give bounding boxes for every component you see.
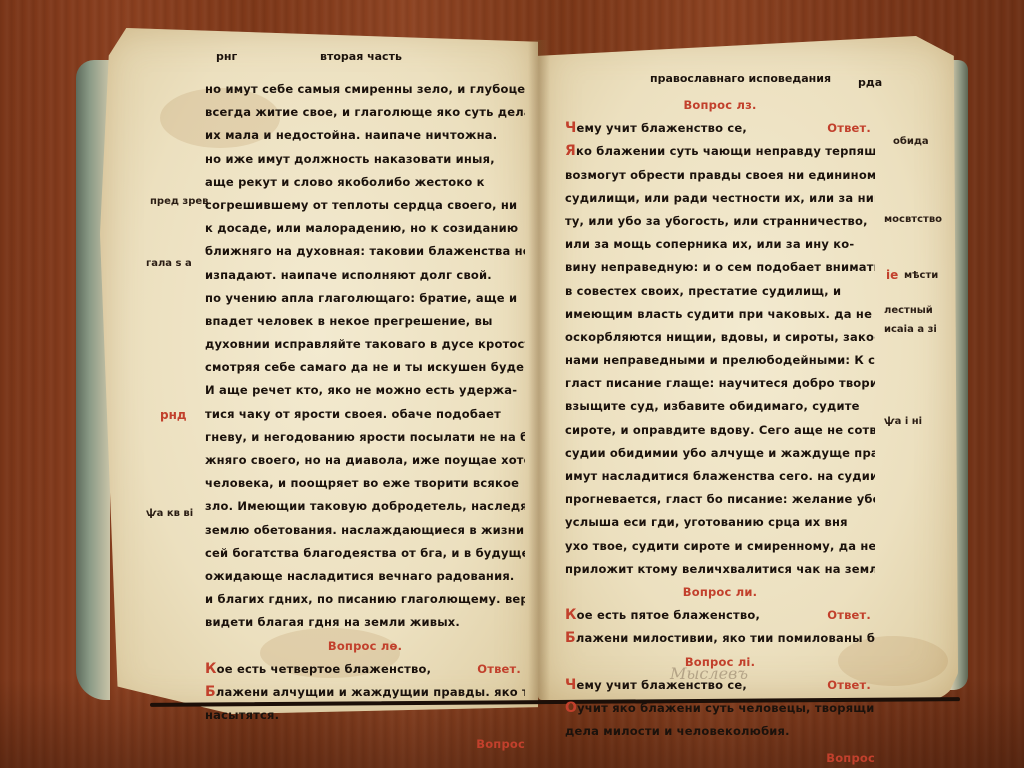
book-gutter (528, 40, 550, 700)
text-line: и благих гдних, по писанию глаголющему. … (205, 588, 525, 611)
margin-note: мосвтство (884, 214, 942, 225)
text-line: землю обетования. наслаждающиеся в жизни (205, 519, 525, 542)
question-text: ему учит блаженство се, (577, 121, 747, 135)
red-initial: Я (565, 143, 576, 159)
text-line: в совестех своих, престатие судилищ, и (565, 280, 875, 303)
text-line: аще рекут и слово якоболибо жестоко к (205, 171, 525, 194)
answer-text: дела милости и человеколюбия. (565, 724, 790, 738)
margin-note: мѣсти (904, 270, 938, 281)
margin-note-red: рнд (160, 408, 187, 422)
question-label: Вопрос (328, 639, 377, 653)
margin-note: ѱа кв ві (146, 508, 193, 519)
question-heading: Вопрос лз. (565, 94, 875, 117)
text-line: оскорбляются нищии, вдовы, и сироты, зак… (565, 326, 875, 349)
question-line: Кое есть четвертое блаженство, Ответ. (205, 658, 525, 681)
question-heading: Вопрос ли. (565, 581, 875, 604)
red-initial: К (205, 661, 217, 677)
red-initial: К (565, 607, 577, 623)
left-body-text: но имут себе самыя смиренны зело, и глуб… (205, 78, 525, 756)
text-line: но иже имут должность наказовати иныя, (205, 148, 525, 171)
text-line: Яко блажении суть чающи неправду терпящи… (565, 140, 875, 163)
question-text: ое есть четвертое блаженство, (217, 662, 432, 676)
margin-note: ѱа і ні (884, 416, 922, 427)
margin-note: пред зрев (150, 196, 209, 207)
text-line: имут насладитися блаженства сего. на суд… (565, 465, 875, 488)
answer-text: насытятся. (205, 708, 279, 722)
text-line: духовнии исправляйте таковаго в дусе кро… (205, 333, 525, 356)
text-line: услыша еси гди, уготованию срца их вня (565, 511, 875, 534)
answer-line: Блажени алчущии и жаждущии правды. яко т… (205, 681, 525, 704)
question-heading: Вопрос лѳ. (205, 635, 525, 658)
text-line: впадет человек в некое прегрешение, вы (205, 310, 525, 333)
margin-note: обида (893, 136, 929, 147)
margin-note: гала ѕ а (146, 258, 192, 269)
text-line: гласт писание глаще: научитеся добро тво… (565, 372, 875, 395)
red-initial: Б (205, 684, 216, 700)
text-line: имеющим власть судити при чаковых. да не (565, 303, 875, 326)
left-folio-number: рнг (216, 50, 237, 63)
answer-text: учит яко блажени суть человецы, творящии (577, 701, 875, 715)
text-line: И аще речет кто, яко не можно есть удерж… (205, 379, 525, 402)
text-line: изпадают. наипаче исполняют долг свой. (205, 264, 525, 287)
text-line: приложит ктому величхвалитися чак на зем… (565, 558, 875, 581)
text-line: всегда житие свое, и глаголюще яко суть … (205, 101, 525, 124)
margin-note: лестный (884, 305, 933, 316)
text-line: видети благая гдня на земли живых. (205, 611, 525, 634)
question-label: Вопрос (683, 585, 732, 599)
text-line: по учению апла глаголющаго: братие, аще … (205, 287, 525, 310)
answer-label: Ответ. (827, 117, 871, 140)
text-line: к досаде, или малорадению, но к созидани… (205, 217, 525, 240)
text-line: ту, или убо за убогость, или странничест… (565, 210, 875, 233)
answer-label: Ответ. (827, 674, 871, 697)
red-initial: Ч (565, 120, 577, 136)
text-line: согрешившему от теплоты сердца своего, н… (205, 194, 525, 217)
text-line: вину неправедную: и о сем подобает внима… (565, 256, 875, 279)
pencil-signature: Мыслевъ (670, 664, 748, 683)
text-line: прогневается, гласт бо писание: желание … (565, 488, 875, 511)
left-running-head: вторая часть (320, 50, 402, 63)
text-line: нами неправедными и прелюбодейными: К си… (565, 349, 875, 372)
text-line: судии обидимии убо алчуще и жаждуще прав… (565, 442, 875, 465)
margin-note: исаіа а зі (884, 324, 937, 335)
text-line: ожидающе насладитися вечнаго радования. (205, 565, 525, 588)
answer-label: Ответ. (477, 658, 521, 681)
text-line: зло. Имеющии таковую добродетель, наслед… (205, 495, 525, 518)
answer-line: Блажени милостивии, яко тии помилованы б… (565, 627, 875, 650)
text-line: жняго своего, но на диавола, иже поущае … (205, 449, 525, 472)
text-line: но имут себе самыя смиренны зело, и глуб… (205, 78, 525, 101)
text-line: сей богатства благодеяства от бга, и в б… (205, 542, 525, 565)
question-number: ли. (736, 585, 757, 599)
question-line: Чему учит блаженство се, Ответ. (565, 117, 875, 140)
text-line: сироте, и оправдите вдову. Сего аще не с… (565, 419, 875, 442)
answer-text: лажени милостивии, яко тии помилованы бу… (576, 631, 875, 645)
text-line: ближняго на духовная: таковии блаженства… (205, 240, 525, 263)
answer-line: Оучит яко блажени суть человецы, творящи… (565, 697, 875, 720)
text-line: гневу, и негодованию ярости посылати не … (205, 426, 525, 449)
margin-note-red: іе (886, 268, 898, 282)
red-initial: О (565, 700, 577, 716)
red-initial: Ч (565, 677, 577, 693)
text-line: взыщите суд, избавите обидимаго, судите (565, 395, 875, 418)
question-number: лѳ. (381, 639, 402, 653)
answer-line: дела милости и человеколюбия. (565, 720, 875, 743)
question-number: лз. (736, 98, 756, 112)
catchword: Вопрос (205, 733, 525, 756)
text-line: человека, и поощряет во еже творити всяк… (205, 472, 525, 495)
right-folio-number: рда (858, 76, 882, 89)
question-line: Кое есть пятое блаженство, Ответ. (565, 604, 875, 627)
catchword: Вопрос (565, 747, 875, 768)
question-text: ое есть пятое блаженство, (577, 608, 760, 622)
answer-text: лажени алчущии и жаждущии правды. яко ти… (216, 685, 525, 699)
text-line: судилищи, или ради честности их, или за … (565, 187, 875, 210)
line-text: ко блажении суть чающи неправду терпящии… (576, 144, 875, 158)
answer-label: Ответ. (827, 604, 871, 627)
text-line: ухо твое, судити сироте и смиренному, да… (565, 535, 875, 558)
text-line: смотряя себе самаго да не и ты искушен б… (205, 356, 525, 379)
open-book: рнг вторая часть но имут себе самыя смир… (0, 0, 1024, 768)
text-line: их мала и недостойна. наипаче ничтожна. (205, 124, 525, 147)
red-initial: Б (565, 630, 576, 646)
text-line: возмогут обрести правды своея ни единино… (565, 164, 875, 187)
right-running-head: православнаго исповедания (650, 72, 831, 85)
answer-line: насытятся. (205, 704, 525, 727)
text-line: или за мощь соперника их, или за ину ко- (565, 233, 875, 256)
text-line: тися чаку от ярости своея. обаче подобае… (205, 403, 525, 426)
question-label: Вопрос (683, 98, 732, 112)
